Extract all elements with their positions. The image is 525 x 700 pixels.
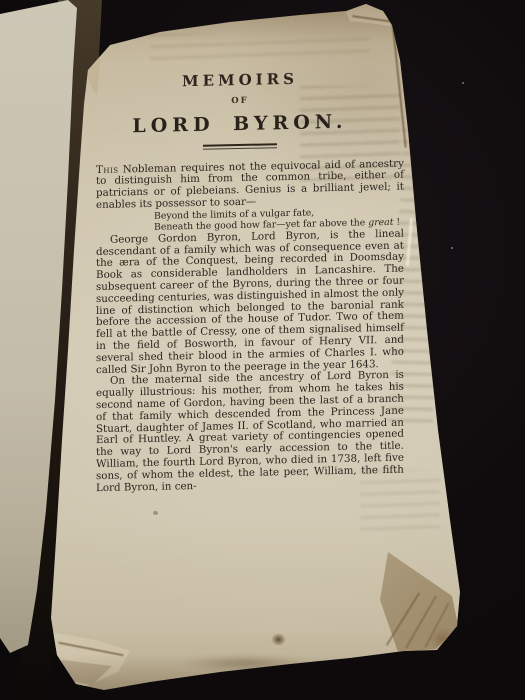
paragraph-1: This Nobleman requires not the equivocal…	[96, 158, 404, 212]
dust-speck	[451, 247, 453, 249]
crease-line	[386, 592, 420, 645]
stain-spot	[430, 628, 456, 650]
title-lord-byron: LORD BYRON.	[86, 110, 394, 138]
stain-spot	[153, 511, 158, 515]
lead-word: This	[96, 163, 119, 175]
title-of: OF	[86, 93, 394, 109]
crease-line	[405, 596, 436, 649]
crease-line	[58, 642, 123, 657]
show-through-ghost	[150, 34, 370, 60]
stain-spot	[271, 633, 286, 646]
printed-text: MEMOIRS OF LORD BYRON. This Nobleman req…	[96, 68, 404, 495]
crease-line	[352, 15, 394, 22]
title-double-rule	[203, 143, 277, 149]
dust-speck	[462, 82, 464, 84]
stain-spot	[180, 655, 310, 671]
paragraph-3: On the maternal side the ancestry of Lor…	[96, 370, 404, 494]
crease-line	[424, 603, 449, 648]
paragraph-1-text: Nobleman requires not the equivocal aid …	[96, 157, 404, 211]
page-heading: MEMOIRS OF LORD BYRON.	[86, 68, 394, 152]
paragraph-2: George Gordon Byron, Lord Byron, is the …	[96, 228, 404, 376]
body-text: This Nobleman requires not the equivocal…	[96, 158, 404, 494]
page-edge-highlight	[406, 218, 413, 266]
book-photograph: MEMOIRS OF LORD BYRON. This Nobleman req…	[0, 0, 525, 700]
